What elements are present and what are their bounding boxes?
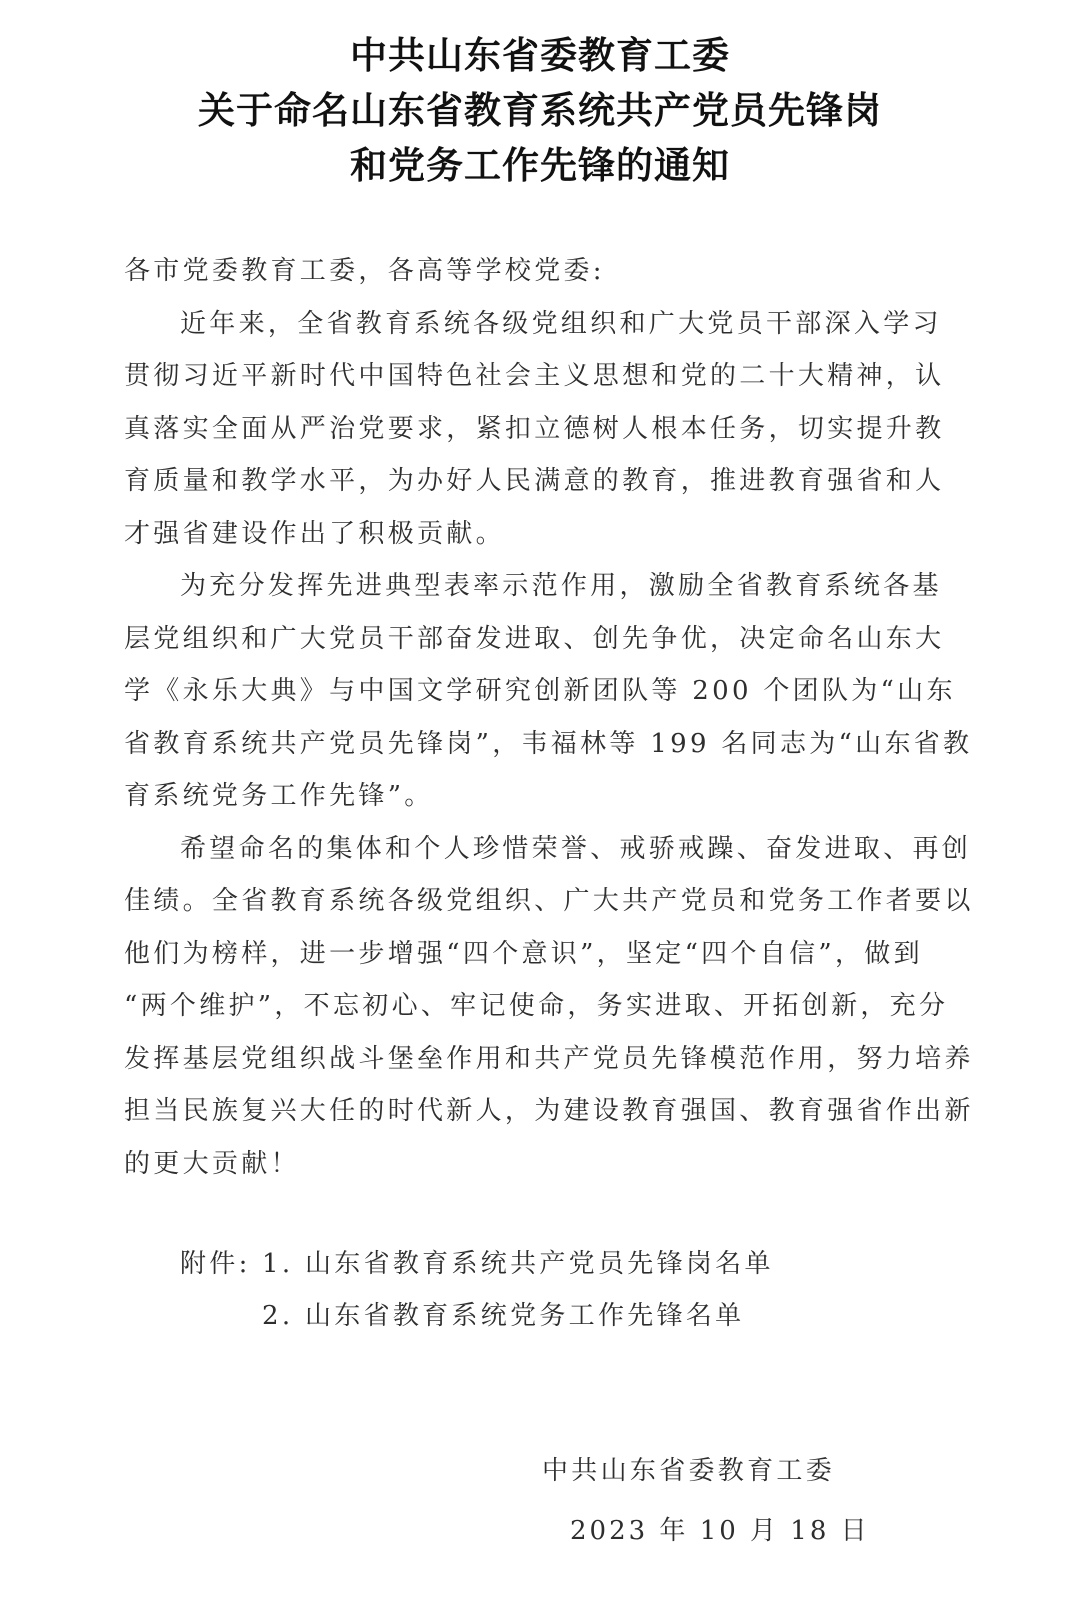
- paragraph-line: 的更大贡献！: [124, 1138, 914, 1191]
- document-body: 各市党委教育工委，各高等学校党委: 近年来，全省教育系统各级党组织和广大党员干部…: [124, 245, 914, 1190]
- paragraph-line: 为充分发挥先进典型表率示范作用，激励全省教育系统各基: [124, 560, 914, 613]
- salutation: 各市党委教育工委，各高等学校党委:: [124, 245, 914, 298]
- title-line-2: 关于命名山东省教育系统共产党员先锋岗: [0, 83, 1080, 138]
- signature-date: 2023 年 10 月 18 日: [542, 1505, 842, 1557]
- attachments: 附件: 1. 山东省教育系统共产党员先锋岗名单 2. 山东省教育系统党务工作先锋…: [180, 1238, 774, 1342]
- paragraph-1: 近年来，全省教育系统各级党组织和广大党员干部深入学习 贯彻习近平新时代中国特色社…: [124, 298, 914, 561]
- paragraph-line: 育系统党务工作先锋”。: [124, 770, 914, 823]
- paragraph-line: 育质量和教学水平，为办好人民满意的教育，推进教育强省和人: [124, 455, 914, 508]
- paragraph-line: 佳绩。全省教育系统各级党组织、广大共产党员和党务工作者要以: [124, 875, 914, 928]
- paragraph-3: 希望命名的集体和个人珍惜荣誉、戒骄戒躁、奋发进取、再创 佳绩。全省教育系统各级党…: [124, 823, 914, 1191]
- paragraph-line: 贯彻习近平新时代中国特色社会主义思想和党的二十大精神，认: [124, 350, 914, 403]
- paragraph-line: 省教育系统共产党员先锋岗”，韦福林等 199 名同志为“山东省教: [124, 718, 914, 771]
- attachment-indent: [180, 1290, 262, 1342]
- title-line-3: 和党务工作先锋的通知: [0, 138, 1080, 193]
- paragraph-line: 真落实全面从严治党要求，紧扣立德树人根本任务，切实提升教: [124, 403, 914, 456]
- title-line-1: 中共山东省委教育工委: [0, 28, 1080, 83]
- paragraph-line: 近年来，全省教育系统各级党组织和广大党员干部深入学习: [124, 298, 914, 351]
- signature-block: 中共山东省委教育工委 2023 年 10 月 18 日: [542, 1445, 842, 1557]
- paragraph-line: “两个维护”，不忘初心、牢记使命，务实进取、开拓创新，充分: [124, 980, 914, 1033]
- attachment-row-1: 附件: 1. 山东省教育系统共产党员先锋岗名单: [180, 1238, 774, 1290]
- document-title: 中共山东省委教育工委 关于命名山东省教育系统共产党员先锋岗 和党务工作先锋的通知: [0, 28, 1080, 193]
- attachment-row-2: 2. 山东省教育系统党务工作先锋名单: [180, 1290, 774, 1342]
- attachment-item-2: 2. 山东省教育系统党务工作先锋名单: [262, 1290, 744, 1342]
- paragraph-line: 担当民族复兴大任的时代新人，为建设教育强国、教育强省作出新: [124, 1085, 914, 1138]
- paragraph-line: 希望命名的集体和个人珍惜荣誉、戒骄戒躁、奋发进取、再创: [124, 823, 914, 876]
- paragraph-line: 他们为榜样，进一步增强“四个意识”，坚定“四个自信”，做到: [124, 928, 914, 981]
- paragraph-line: 学《永乐大典》与中国文学研究创新团队等 200 个团队为“山东: [124, 665, 914, 718]
- attachments-label: 附件:: [180, 1238, 262, 1290]
- signature-organization: 中共山东省委教育工委: [542, 1445, 842, 1497]
- paragraph-2: 为充分发挥先进典型表率示范作用，激励全省教育系统各基 层党组织和广大党员干部奋发…: [124, 560, 914, 823]
- paragraph-line: 才强省建设作出了积极贡献。: [124, 508, 914, 561]
- attachment-item-1: 1. 山东省教育系统共产党员先锋岗名单: [262, 1238, 774, 1290]
- paragraph-line: 层党组织和广大党员干部奋发进取、创先争优，决定命名山东大: [124, 613, 914, 666]
- paragraph-line: 发挥基层党组织战斗堡垒作用和共产党员先锋模范作用，努力培养: [124, 1033, 914, 1086]
